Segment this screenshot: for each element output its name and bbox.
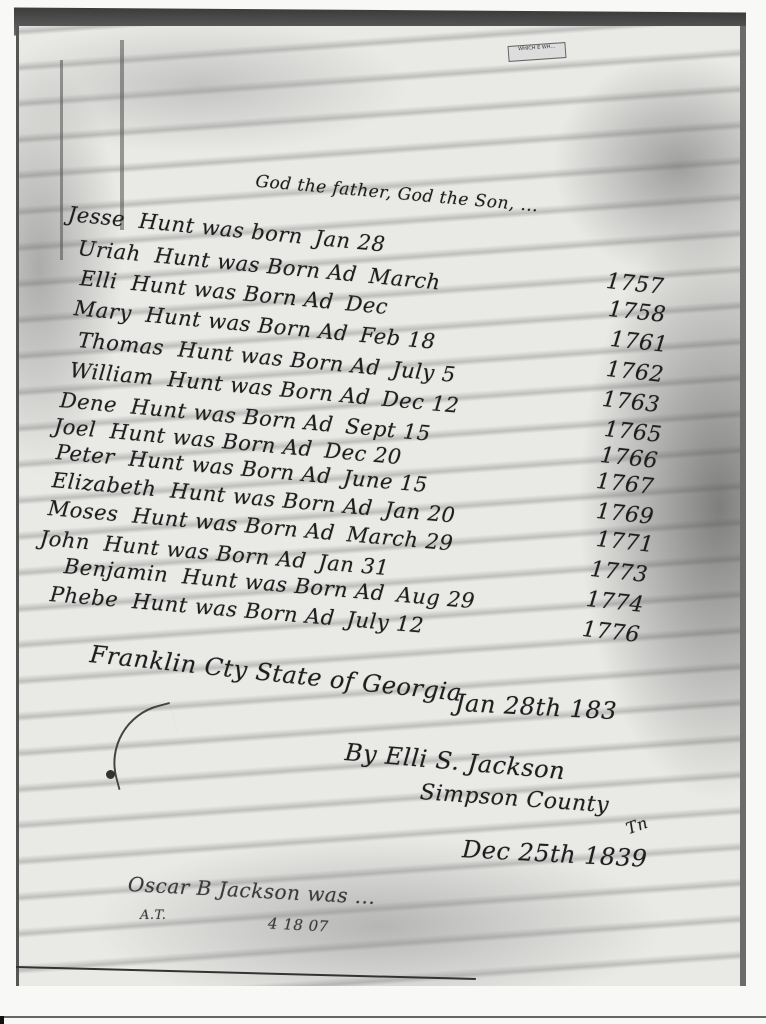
scanned-page: WHICH E WH... God the father, God the So… [0,0,766,1024]
scanner-edge-line [0,1016,766,1018]
scanner-corner-mark [0,1016,4,1024]
entry-name: Dene [59,388,118,417]
entry-name: Elli [79,266,119,293]
footer-sub: A.T. [140,908,166,923]
entry-date: Dec [345,291,390,319]
entry-name: John [39,526,91,554]
fold-crease [60,60,63,260]
decorative-flourish-dot [106,770,115,779]
footer-date: 4 18 07 [268,914,330,935]
fold-crease [120,40,124,230]
entry-name: Peter [55,440,116,469]
entry-name: Joel [53,414,97,442]
